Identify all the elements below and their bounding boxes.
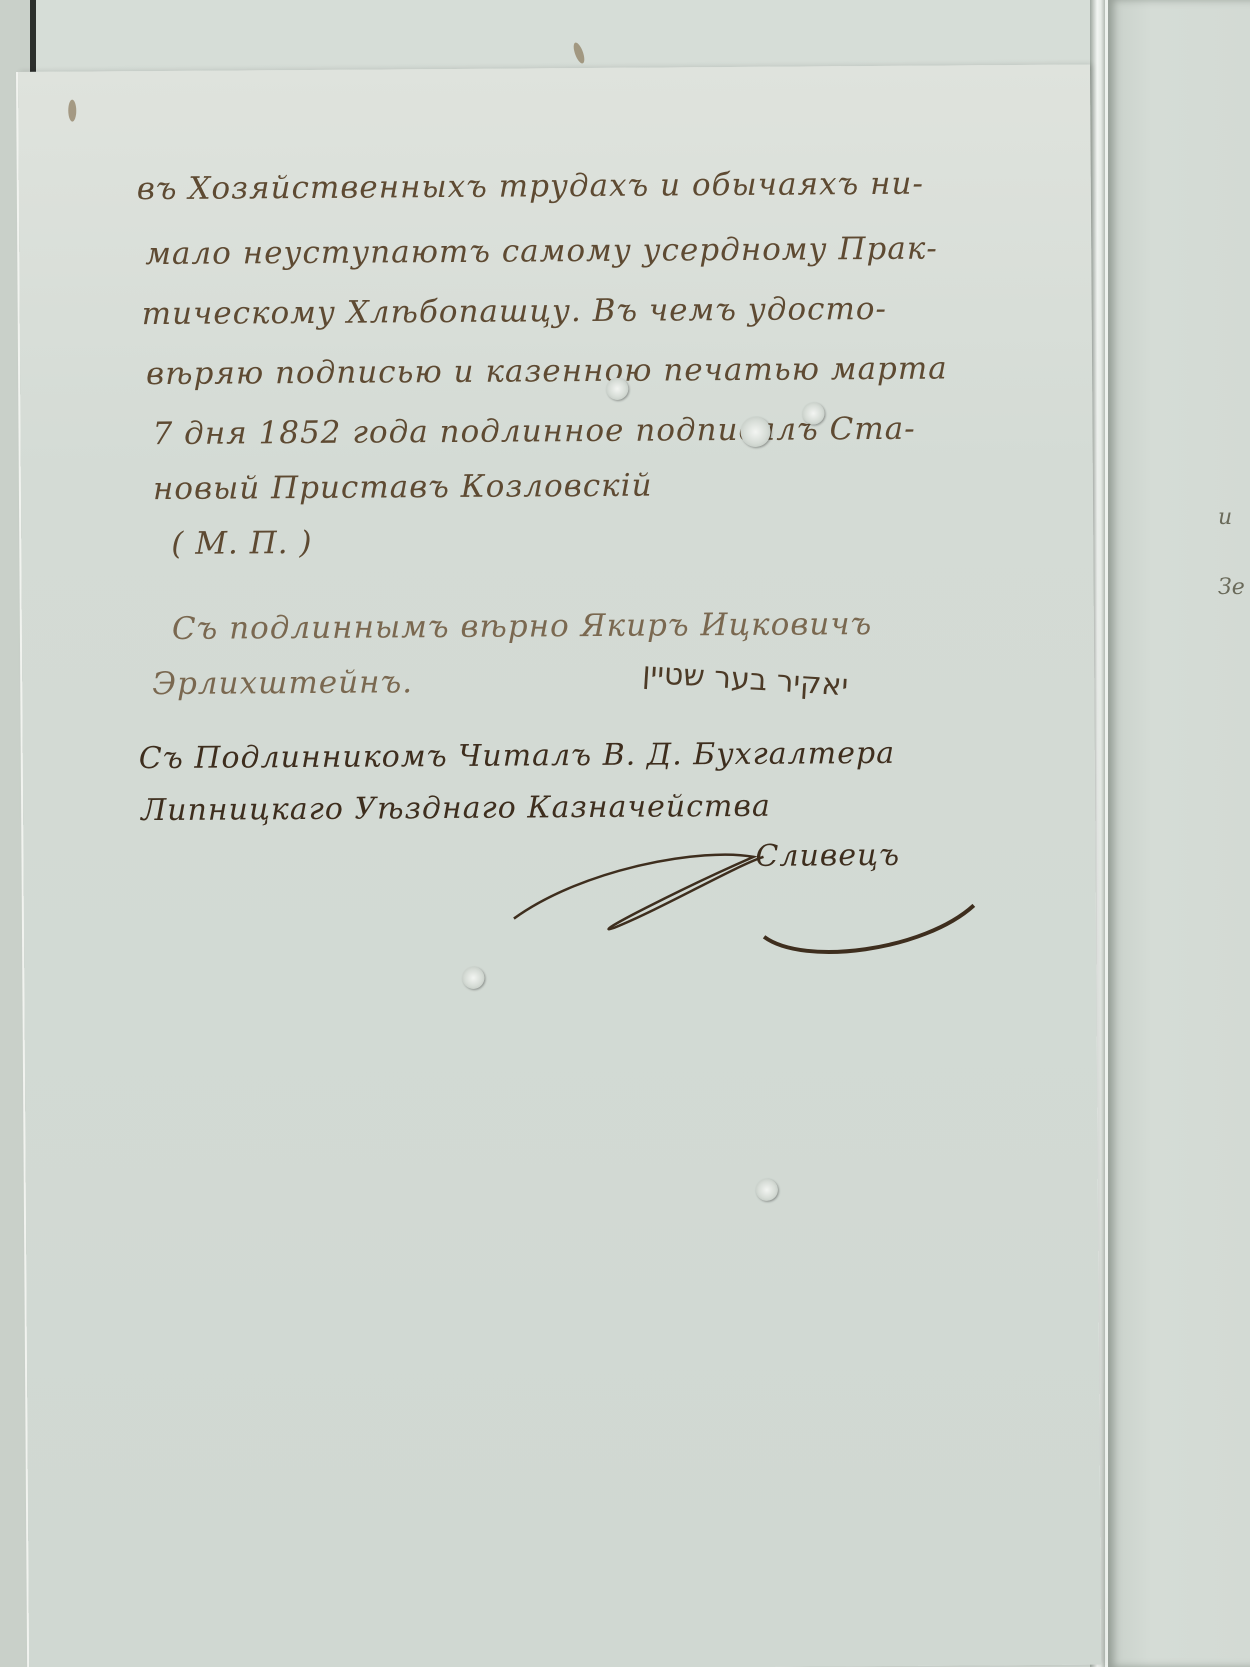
signature-flourish — [503, 825, 1004, 978]
pin-hole — [740, 417, 770, 447]
body-line-1: въ Хозяйственныхъ трудахъ и обычаяхъ ни- — [137, 166, 924, 207]
official-line-2: Липницкаго Уѣзднаго Казначейства — [141, 789, 771, 828]
body-line-2: мало неуступаютъ самому усердному Прак- — [145, 231, 938, 273]
pin-hole — [462, 967, 484, 989]
pin-hole — [606, 378, 628, 400]
adjacent-sheet-text-1: и — [1218, 505, 1232, 530]
adjacent-sheet — [1105, 0, 1250, 1667]
document-page: въ Хозяйственныхъ трудахъ и обычаяхъ ни-… — [18, 65, 1101, 1667]
body-line-6: новый Приставъ Козловскій — [153, 468, 653, 507]
pin-hole — [802, 402, 824, 424]
hebrew-signature: יאקיר בער שטיין — [641, 656, 849, 704]
seal-mark: ( М. П. ) — [171, 525, 312, 562]
body-line-5: 7 дня 1852 года подлинное подписалъ Ста- — [152, 411, 915, 452]
pin-hole — [756, 1179, 778, 1201]
adjacent-sheet-text-2: Зе — [1218, 575, 1245, 600]
body-line-4: вѣряю подписью и казенною печатью марта — [146, 351, 948, 393]
body-line-3: тическому Хлѣбопашцу. Въ чемъ удосто- — [142, 291, 888, 332]
ink-stain — [68, 100, 76, 122]
official-line-1: Съ Подлинникомъ Читалъ В. Д. Бухгалтера — [139, 736, 895, 776]
verification-line-1: Съ подлиннымъ вѣрно Якиръ Ицковичъ — [172, 606, 873, 647]
verification-line-2: Эрлихштейнъ. — [152, 664, 413, 702]
